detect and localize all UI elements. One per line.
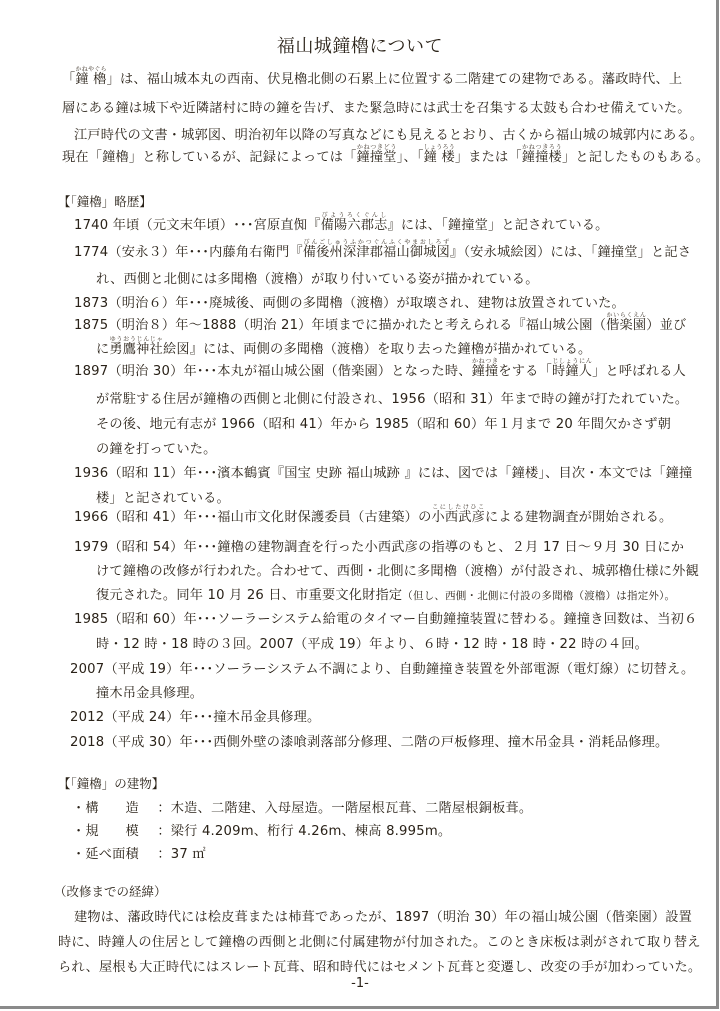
ruby-kairakuen: 偕楽園かいらくえん <box>606 318 646 333</box>
text: 「 <box>62 72 75 87</box>
history-item-1966: 1966（昭和 41）年･･･福山市文化財保護委員（古建築）の小西武彦こにしたけ… <box>74 504 672 525</box>
history-item-1875: 1875（明治８）年～1888（明治 21）年頃までに描かれたと考えられる『福山… <box>74 312 686 333</box>
note-designation-exception: （但し、西側・北側に付設の多聞櫓（渡櫓）は指定外）。 <box>402 590 675 602</box>
text: 」は、福山城本丸の西南、伏見櫓北側の石累上に位置する二階建ての建物である。藩政時… <box>107 72 683 87</box>
history-item-2018: 2018（平成 30）年･･･西側外壁の漆喰剥落部分修理、二階の戸板修理、撞木吊… <box>70 731 668 750</box>
history-item-1897-cont-2: その後、地元有志が 1966（昭和 41）年から 1985（昭和 60）年１月ま… <box>96 413 671 432</box>
ruby-kanetsukiro: 鐘撞楼かねつきろう <box>522 150 562 165</box>
history-item-1979-cont-1: けて鐘櫓の改修が行われた。合わせて、西側・北側に多聞櫓（渡櫓）が付設され、城郭櫓… <box>96 560 699 579</box>
history-item-2007: 2007（平成 19）年･･･ソーラーシステム不調により、自動鐘撞き装置を外部電… <box>70 658 694 677</box>
spec-floor-area: ・延べ面積：37 ㎡ <box>72 843 206 862</box>
history-item-1774: 1774（安永３）年･･･内藤角右衛門『備後州深津郡福山御城図びんごしゅうふかつ… <box>74 239 691 260</box>
spec-label: 構 造 <box>85 797 157 816</box>
intro-line-1: 「鐘 櫓かねやぐら」は、福山城本丸の西南、伏見櫓北側の石累上に位置する二階建ての… <box>62 66 682 87</box>
renovation-line-1: 建物は、藩政時代には桧皮葺または杮葺であったが、1897（明治 30）年の福山城… <box>74 906 692 925</box>
intro-line-3: 江戸時代の文書・城郭図、明治初年以降の写真などにも見えるとおり、古くから福山城の… <box>74 124 703 143</box>
history-item-1875-cont: に勇鷹神社ゆうおうじんじゃ絵図』には、両側の多聞櫓（渡櫓）を取り去った鐘櫓が描か… <box>96 336 591 357</box>
spec-scale: ・規 模：梁行 4.209m、桁行 4.26m、棟高 8.995m。 <box>72 820 451 839</box>
renovation-line-2: 時に、時鐘人の住居として鐘櫓の西側と北側に付属建物が付加された。このとき床板は剥… <box>58 931 701 950</box>
spec-value: 梁行 4.209m、桁行 4.26m、棟高 8.995m。 <box>171 824 451 839</box>
spec-structure: ・構 造：木造、二階建、入母屋造。一階屋根瓦葺、二階屋根銅板葺。 <box>72 797 532 816</box>
ruby-konishi: 小西武彦こにしたけひこ <box>431 510 485 525</box>
history-item-1936: 1936（昭和 11）年･･･濱本鶴賓『国宝 史跡 福山城跡 』には、図では「鐘… <box>74 462 692 481</box>
renovation-heading: （改修までの経緯） <box>54 882 167 900</box>
building-heading: 【「鐘櫓」の建物】 <box>58 774 164 792</box>
history-item-1740: 1740 年頃（元文末年頃）･･･宮原直倁『備陽六郡志びようろくぐんし』には、「… <box>74 212 609 233</box>
history-item-1979: 1979（昭和 54）年･･･鐘櫓の建物調査を行った小西武彦の指導のもと、２月 … <box>74 536 684 555</box>
renovation-line-3: られ、屋根も大正時代にはスレート瓦葺、昭和時代にはセメント瓦葺と変遷し、改変の手… <box>58 956 701 975</box>
ruby-yuojinja: 勇鷹神社ゆうおうじんじゃ <box>109 342 163 357</box>
ruby-bingoshu: 備後州深津郡福山御城図びんごしゅうふかつぐんふくやまおしろず <box>303 245 450 260</box>
history-item-1897: 1897（明治 30）年･･･本丸が福山城公園（偕楽園）となった時、鐘撞かねつき… <box>74 358 686 379</box>
history-item-1897-cont-1: が常駐する住居が鐘櫓の西側と北側に付設され、1956（昭和 31）年まで時の鐘が… <box>96 388 688 407</box>
page-number: -1- <box>0 976 720 991</box>
history-item-1979-cont-2: 復元された。同年 10 月 26 日、市重要文化財指定（但し、西側・北側に付設の… <box>96 584 675 603</box>
history-item-1985-cont: 時・12 時・18 時の３回。2007（平成 19）年より、６時・12 時・18… <box>96 633 648 652</box>
ruby-kaneyagura: 鐘 櫓かねやぐら <box>75 72 106 87</box>
history-item-2012: 2012（平成 24）年･･･撞木吊金具修理。 <box>70 706 320 725</box>
ruby-kanetsukido: 鐘撞堂かねつきどう <box>357 150 397 165</box>
history-item-1897-cont-3: の鐘を打っていた。 <box>96 438 217 457</box>
spec-value: 木造、二階建、入母屋造。一階屋根瓦葺、二階屋根銅板葺。 <box>171 801 532 816</box>
history-heading: 【「鐘櫓」略歴】 <box>58 192 152 210</box>
ruby-biyorokugunshi: 備陽六郡志びようろくぐんし <box>321 218 388 233</box>
history-item-1774-cont: れ、西側と北側には多聞櫓（渡櫓）が取り付いている姿が描かれている。 <box>96 268 539 287</box>
spec-value: 37 ㎡ <box>171 847 206 862</box>
history-item-2007-cont: 撞木吊金具修理。 <box>96 682 203 701</box>
spec-label: 延べ面積 <box>85 843 157 862</box>
page-title: 福山城鐘櫓について <box>0 32 720 58</box>
ruby-jishonin: 時鐘人じしょうにん <box>552 364 592 379</box>
intro-line-2: 層にある鐘は城下や近隣諸村に時の鐘を告げ、また緊急時には武士を召集する太鼓も合わ… <box>62 97 691 116</box>
history-item-1985: 1985（昭和 60）年･･･ソーラーシステム給電のタイマー自動鐘撞装置に替わる… <box>74 608 697 627</box>
spec-label: 規 模 <box>85 820 157 839</box>
intro-line-4: 現在「鐘櫓」と称しているが、記録によっては「鐘撞堂かねつきどう」、「鐘 楼しょう… <box>62 144 709 165</box>
ruby-kanetsuki: 鐘撞かねつき <box>472 364 499 379</box>
document-page: 福山城鐘櫓について 「鐘 櫓かねやぐら」は、福山城本丸の西南、伏見櫓北側の石累上… <box>0 0 719 1009</box>
history-item-1873: 1873（明治６）年･･･廃城後、両側の多聞櫓（渡櫓）が取壊され、建物は放置され… <box>74 292 625 311</box>
ruby-shoro: 鐘 楼しょうろう <box>424 150 455 165</box>
